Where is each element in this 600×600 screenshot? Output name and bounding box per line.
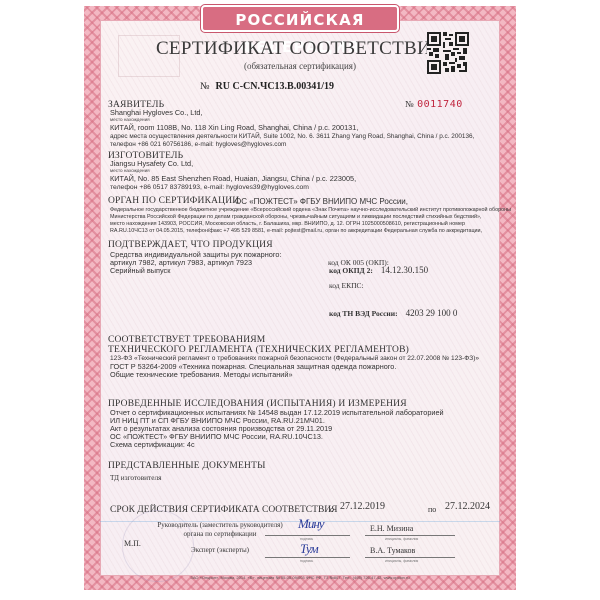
head-signature: Мину — [298, 516, 324, 532]
document-subtitle: (обязательная сертификация) — [150, 61, 450, 71]
code-tnved-value: 4203 29 100 0 — [406, 308, 458, 318]
expert-signature: Тум — [300, 541, 318, 557]
validity-from-date: 27.12.2019 — [340, 501, 385, 512]
certificate-number-value: RU C-CN.ЧС13.В.00341/19 — [216, 81, 334, 92]
document-title: СЕРТИФИКАТ СООТВЕТСТВИЯ — [150, 38, 450, 60]
country-banner: РОССИЙСКАЯ ФЕДЕРАЦИЯ — [201, 5, 399, 32]
qr-code-icon[interactable] — [427, 32, 469, 74]
validity-to-date: 27.12.2024 — [445, 501, 490, 512]
certification-body-heading: ОРГАН ПО СЕРТИФИКАЦИИ — [108, 196, 239, 206]
seal-place-label: М.П. — [124, 539, 141, 548]
code-okpd2: код ОКПД 2:14.12.30.150 — [329, 265, 428, 275]
documents-heading: ПРЕДСТАВЛЕННЫЕ ДОКУМЕНТЫ — [108, 461, 266, 471]
tests-line: Схема сертификации: 4с — [110, 440, 195, 449]
certification-body-detail: RA.RU.10ЧС13 от 04.05.2015, телефон/факс… — [110, 228, 482, 235]
serial-number-value: 0011740 — [417, 99, 463, 110]
serial-number-sign: № — [405, 99, 414, 109]
applicant-contacts: телефон +86 021 60756186, e-mail: hyglov… — [110, 140, 286, 149]
applicant-address: КИТАЙ, room 1108B, No. 118 Xin Ling Road… — [110, 123, 358, 132]
head-signer-name: Е.Н. Мизина — [370, 524, 413, 533]
printer-footer: ЗАО «Опцион», Москва, 2014, «Б», лицензи… — [100, 575, 500, 580]
code-tnved-label: код ТН ВЭД России: — [329, 309, 398, 318]
applicant-name: Shanghai Hygloves Co., Ltd, — [110, 108, 202, 117]
expert-name: В.А. Тумаков — [370, 546, 415, 555]
product-line: Серийный выпуск — [110, 266, 170, 275]
expert-name-line — [365, 557, 455, 558]
manufacturer-name: Jiangsu Hysafety Co. Ltd, — [110, 159, 193, 168]
product-heading: ПОДТВЕРЖДАЕТ, ЧТО ПРОДУКЦИЯ — [108, 240, 273, 250]
documents-value: ТД изготовителя — [110, 473, 161, 482]
validity-to-label: по — [428, 505, 436, 514]
certification-body-detail: Федеральное государственное бюджетное уч… — [110, 207, 511, 214]
number-sign: № — [200, 81, 210, 92]
certification-body-name: ОС «ПОЖТЕСТ» ФГБУ ВНИИПО МЧС России, — [235, 197, 408, 206]
code-ekps: код ЕКПС: — [329, 280, 372, 290]
requirements-heading: СООТВЕТСТВУЕТ ТРЕБОВАНИЯМ — [108, 335, 265, 345]
head-name-line — [365, 535, 455, 536]
head-signer-label-line2: органа по сертификации — [150, 530, 290, 538]
code-ekps-label: код ЕКПС: — [329, 281, 364, 290]
head-signature-line — [265, 535, 350, 536]
code-okpd2-value: 14.12.30.150 — [381, 265, 428, 275]
certificate-number: №RU C-CN.ЧС13.В.00341/19 — [200, 81, 420, 92]
signature-caption: подпись — [300, 559, 313, 563]
requirements-line: Общие технические требования. Методы исп… — [110, 370, 293, 379]
name-caption: инициалы, фамилия — [385, 559, 418, 563]
manufacturer-contacts: телефон +86 0517 83789193, e-mail: hyglo… — [110, 183, 309, 192]
blank-serial-number: №0011740 — [405, 99, 463, 110]
code-tnved: код ТН ВЭД России:4203 29 100 0 — [329, 308, 457, 318]
head-signer-label: Руководитель (заместитель руководителя) — [150, 521, 290, 529]
code-okpd2-label: код ОКПД 2: — [329, 266, 373, 275]
name-caption: инициалы, фамилия — [385, 537, 418, 541]
validity-from-label: с — [330, 505, 334, 514]
expert-label: Эксперт (эксперты) — [170, 546, 270, 554]
manufacturer-address: КИТАЙ, No. 85 East Shenzhen Road, Huaian… — [110, 174, 356, 183]
certification-body-detail: Министерства Российской Федерации по дел… — [110, 214, 482, 221]
expert-signature-line — [265, 557, 350, 558]
certification-body-detail: место нахождения 143903, РОССИЯ, Московс… — [110, 221, 465, 228]
